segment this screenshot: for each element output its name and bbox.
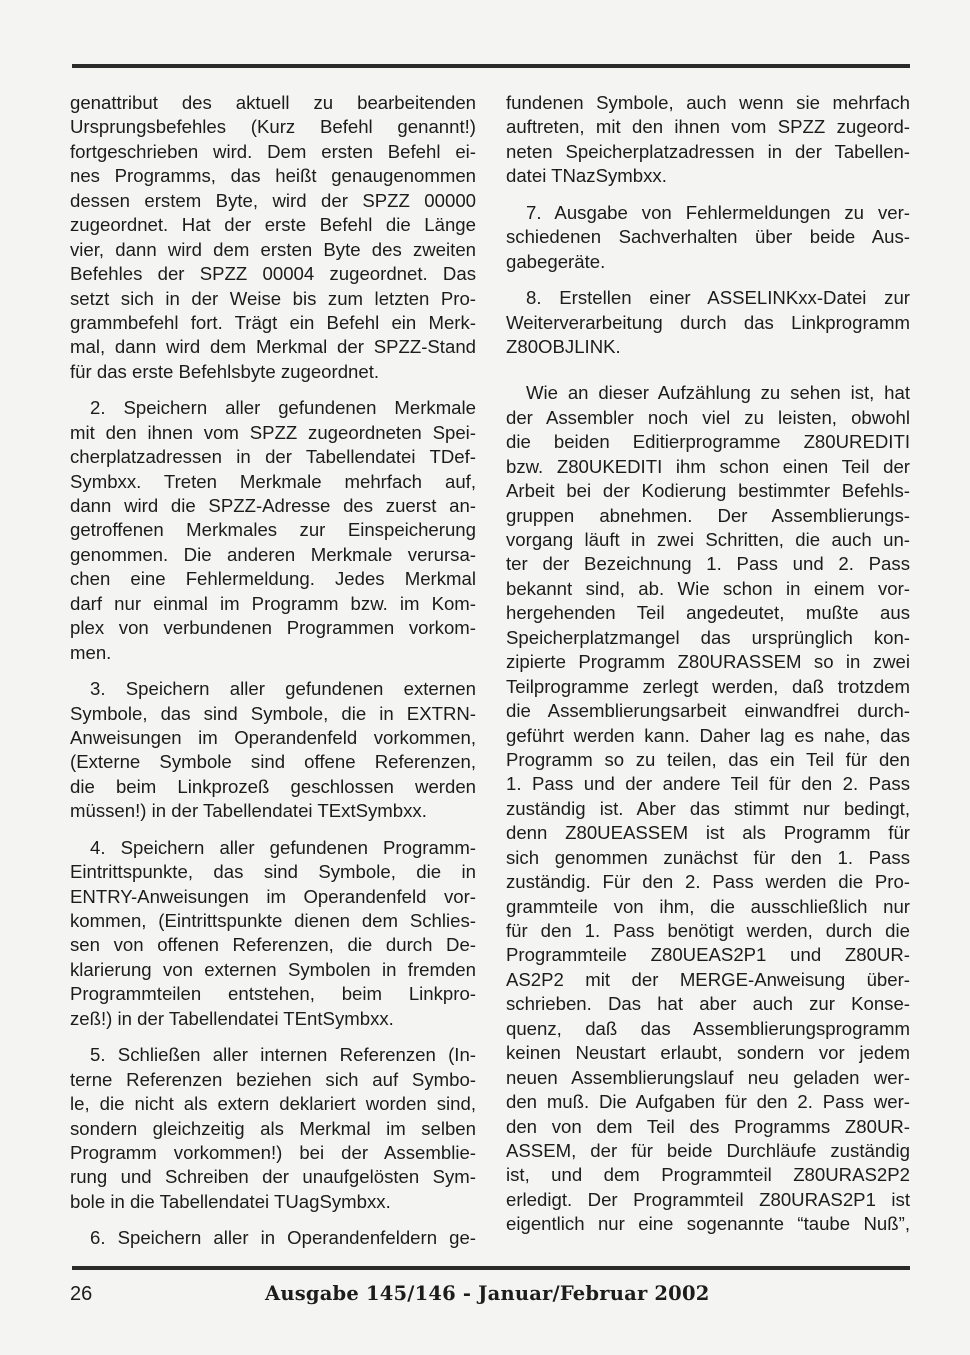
text-line: Z80OBJLINK.	[506, 335, 910, 359]
left-column: genattribut des aktuell zu bearbeitenden…	[70, 91, 476, 1263]
list-item-3: 3. Speichern aller gefundenen externen S…	[70, 677, 476, 824]
text-line: kommen, (Eintrittspunkte dienen dem Schl…	[70, 909, 476, 933]
list-item-5: 5. Schließen aller internen Referenzen (…	[70, 1043, 476, 1214]
text-line: terne Referenzen beziehen sich auf Symbo…	[70, 1068, 476, 1092]
text-line: Programm so zu teilen, das ein Teil für …	[506, 748, 910, 772]
text-line: Arbeit bei der Kodierung bestimmter Befe…	[506, 479, 910, 503]
text-line: ASSEM, der für beide Durchläufe zuständi…	[506, 1139, 910, 1163]
text-line: klarierung von externen Symbolen in frem…	[70, 958, 476, 982]
text-line: schiedenen Sachverhalten über beide Aus-	[506, 225, 910, 249]
text-line: fundenen Symbole, auch wenn sie mehrfach	[506, 91, 910, 115]
text-line: Symbole, das sind Symbole, die in EXTRN-	[70, 702, 476, 726]
text-line: men.	[70, 641, 476, 665]
body-paragraph: Wie an dieser Aufzählung zu sehen ist, h…	[506, 381, 910, 1236]
text-line: Ursprungsbefehles (Kurz Befehl genannt!)	[70, 115, 476, 139]
list-item-7: 7. Ausgabe von Fehlermeldungen zu ver- s…	[506, 201, 910, 274]
text-line: vorgang läuft in zwei Schritten, die auc…	[506, 528, 910, 552]
text-line: bzw. Z80UKEDITI ihm schon einen Teil der	[506, 455, 910, 479]
text-line: erledigt. Der Programmteil Z80URAS2P1 is…	[506, 1188, 910, 1212]
text-line: 5. Schließen aller internen Referenzen (…	[70, 1043, 476, 1067]
text-line: auftreten, mit den ihnen vom SPZZ zugeor…	[506, 115, 910, 139]
text-line: 7. Ausgabe von Fehlermeldungen zu ver-	[506, 201, 910, 225]
text-line: den muß. Die Aufgaben für den 2. Pass we…	[506, 1090, 910, 1114]
text-line: 6. Speichern aller in Operandenfeldern g…	[70, 1226, 476, 1250]
text-line: cherplatzadressen in der Tabellendatei T…	[70, 445, 476, 469]
text-line: (Externe Symbole sind offene Referenzen,	[70, 750, 476, 774]
text-line: mal, dann wird dem Merkmal der SPZZ-Stan…	[70, 335, 476, 359]
footer-rule	[72, 1266, 910, 1270]
text-line: die beiden Editierprogramme Z80UREDITI	[506, 430, 910, 454]
text-line: dann wird die SPZZ-Adresse des zuerst an…	[70, 494, 476, 518]
text-line: gruppen abnehmen. Der Assemblierungs-	[506, 504, 910, 528]
text-line: genommen. Die anderen Merkmale verursa-	[70, 543, 476, 567]
text-line: für das erste Befehlsbyte zugeordnet.	[70, 360, 476, 384]
list-item-2: 2. Speichern aller gefundenen Merkmale m…	[70, 396, 476, 665]
text-line: Weiterverarbeitung durch das Linkprogram…	[506, 311, 910, 335]
text-line: zugeordnet. Hat der erste Befehl die Län…	[70, 213, 476, 237]
text-line: dessen erstem Byte, wird der SPZZ 00000	[70, 189, 476, 213]
list-item-4: 4. Speichern aller gefundenen Programm- …	[70, 836, 476, 1032]
text-line: getroffenen Merkmales zur Einspeicherung	[70, 518, 476, 542]
text-line: 3. Speichern aller gefundenen externen	[70, 677, 476, 701]
text-line: keinen Neustart erlaubt, sondern vor jed…	[506, 1041, 910, 1065]
paragraph-continuation: genattribut des aktuell zu bearbeitenden…	[70, 91, 476, 384]
text-line: Teilprogramme zerlegt werden, daß trotzd…	[506, 675, 910, 699]
text-line: zipierte Programm Z80URASSEM so in zwei	[506, 650, 910, 674]
text-line: plex von verbundenen Programmen vorkom-	[70, 616, 476, 640]
text-line: sich genommen zunächst für den 1. Pass	[506, 846, 910, 870]
text-line: den von dem Teil des Programms Z80UR-	[506, 1115, 910, 1139]
page-number: 26	[70, 1283, 92, 1306]
text-line: zuständig. Für den 2. Pass werden die Pr…	[506, 870, 910, 894]
list-item-6: 6. Speichern aller in Operandenfeldern g…	[70, 1226, 476, 1250]
text-line: datei TNazSymbxx.	[506, 164, 910, 188]
list-item-6-continuation: fundenen Symbole, auch wenn sie mehrfach…	[506, 91, 910, 189]
text-line: setzt sich in der Weise bis zum letzten …	[70, 287, 476, 311]
text-line: le, die nicht als extern deklariert word…	[70, 1092, 476, 1116]
text-line: gabegeräte.	[506, 250, 910, 274]
issue-title: Ausgabe 145/146 - Januar/Februar 2002	[265, 1282, 709, 1305]
text-line: sondern gleichzeitig als Merkmal im selb…	[70, 1117, 476, 1141]
text-line: Programm vorkommen!) bei der Assemblie-	[70, 1141, 476, 1165]
text-line: AS2P2 mit der MERGE-Anweisung über-	[506, 968, 910, 992]
text-line: hergehenden Teil angedeutet, mußte aus	[506, 601, 910, 625]
text-line: fortgeschrieben wird. Dem ersten Befehl …	[70, 140, 476, 164]
text-line: neten Speicherplatzadressen in der Tabel…	[506, 140, 910, 164]
text-line: Anweisungen im Operandenfeld vorkommen,	[70, 726, 476, 750]
text-line: Speicherplatzmangel das ursprünglich kon…	[506, 626, 910, 650]
text-line: schrieben. Das hat aber auch zur Konse-	[506, 992, 910, 1016]
text-line: zuständig ist. Aber das stimmt nur bedin…	[506, 797, 910, 821]
text-line: die Assemblierungsarbeit einwandfrei dur…	[506, 699, 910, 723]
text-line: ist, und dem Programmteil Z80URAS2P2	[506, 1163, 910, 1187]
text-line: chen eine Fehlermeldung. Jedes Merkmal	[70, 567, 476, 591]
text-line: Programmteile Z80UEAS2P1 und Z80UR-	[506, 943, 910, 967]
text-line: sen von offenen Referenzen, die durch De…	[70, 933, 476, 957]
text-line: genattribut des aktuell zu bearbeitenden	[70, 91, 476, 115]
text-line: 4. Speichern aller gefundenen Programm-	[70, 836, 476, 860]
text-line: Wie an dieser Aufzählung zu sehen ist, h…	[506, 381, 910, 405]
text-line: müssen!) in der Tabellendatei TExtSymbxx…	[70, 799, 476, 823]
text-line: Symbxx. Treten Merkmale mehrfach auf,	[70, 470, 476, 494]
text-line: nes Programms, das heißt genaugenommen	[70, 164, 476, 188]
text-line: mit den ihnen vom SPZZ zugeordneten Spei…	[70, 421, 476, 445]
text-line: denn Z80UEASSEM ist als Programm für	[506, 821, 910, 845]
text-line: zeß!) in der Tabellendatei TEntSymbxx.	[70, 1007, 476, 1031]
text-line: der Assembler noch viel zu leisten, obwo…	[506, 406, 910, 430]
text-line: die beim Linkprozeß geschlossen werden	[70, 775, 476, 799]
text-line: quenz, daß das Assemblierungsprogramm	[506, 1017, 910, 1041]
text-line: Eintrittspunkte, das sind Symbole, die i…	[70, 860, 476, 884]
text-line: rung und Schreiben der unaufgelösten Sym…	[70, 1165, 476, 1189]
text-line: grammbefehl fort. Trägt ein Befehl ein M…	[70, 311, 476, 335]
text-line: ENTRY-Anweisungen im Operandenfeld vor-	[70, 885, 476, 909]
text-line: darf nur einmal im Programm bzw. im Kom-	[70, 592, 476, 616]
text-line: Programmteilen entstehen, beim Linkpro-	[70, 982, 476, 1006]
text-line: bekannt sind, ab. Wie schon in einem vor…	[506, 577, 910, 601]
text-line: ter der Bezeichnung 1. Pass und 2. Pass	[506, 552, 910, 576]
text-line: eigentlich nur eine sogenannte “taube Nu…	[506, 1212, 910, 1236]
text-line: Befehles der SPZZ 00004 zugeordnet. Das	[70, 262, 476, 286]
list-item-8: 8. Erstellen einer ASSELINKxx-Datei zur …	[506, 286, 910, 359]
text-line: neuen Assemblierungslauf neu geladen wer…	[506, 1066, 910, 1090]
header-rule	[72, 64, 910, 68]
text-line: 2. Speichern aller gefundenen Merkmale	[70, 396, 476, 420]
text-line: geführt werden kann. Daher lag es nahe, …	[506, 724, 910, 748]
text-line: für den 1. Pass benötigt werden, durch d…	[506, 919, 910, 943]
text-line: grammteile von ihm, die ausschließlich n…	[506, 895, 910, 919]
text-line: bole in die Tabellendatei TUagSymbxx.	[70, 1190, 476, 1214]
text-line: 1. Pass und der andere Teil für den 2. P…	[506, 772, 910, 796]
right-column: fundenen Symbole, auch wenn sie mehrfach…	[506, 91, 910, 1249]
text-line: 8. Erstellen einer ASSELINKxx-Datei zur	[506, 286, 910, 310]
text-line: vier, dann wird dem ersten Byte des zwei…	[70, 238, 476, 262]
